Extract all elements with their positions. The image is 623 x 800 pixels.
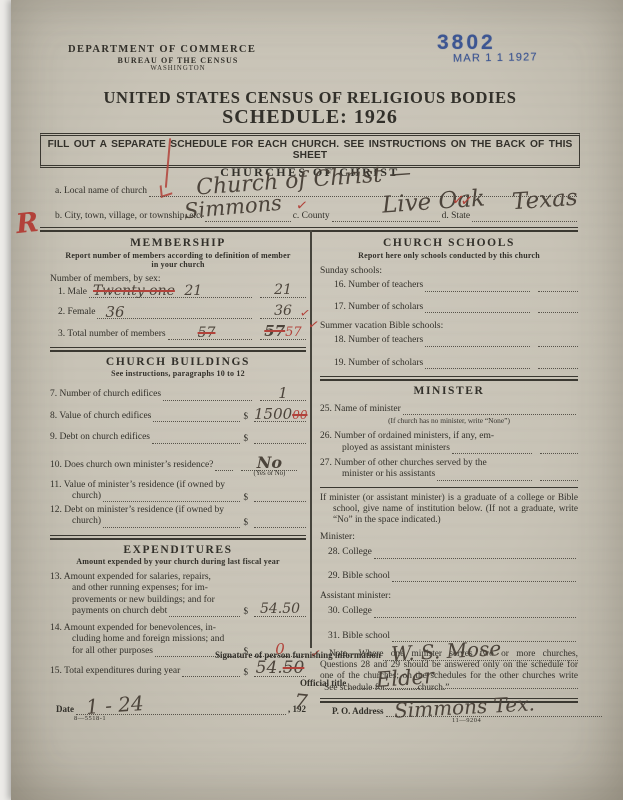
official-title-handwriting: Elder: [375, 664, 435, 693]
q11-dollar: $: [244, 492, 249, 503]
row-q29: 29. Bible school: [320, 571, 578, 582]
row-q17: 17. Number of scholars: [320, 302, 578, 313]
q25-label: 25. Name of minister: [320, 404, 401, 415]
row-q16: 16. Number of teachers: [320, 280, 578, 291]
expenditures-top-rule: [50, 535, 306, 540]
year-handwriting: 7: [293, 689, 309, 714]
form-schedule-title: SCHEDULE: 1926: [40, 106, 580, 129]
row-q27: 27. Number of other churches served by t…: [320, 458, 578, 481]
q10-label: 10. Does church own minister’s residence…: [50, 460, 213, 471]
q9-label: 9. Debt on church edifices: [50, 432, 150, 443]
date-row: Date 1 - 24 , 192: [56, 704, 306, 715]
row-q11: 11. Value of minister’s residence (if ow…: [50, 480, 306, 502]
q14-line1: 14. Amount expended for benevolences, in…: [50, 623, 306, 634]
q18-answer-line: [538, 337, 578, 347]
minister-sub-label: Minister:: [320, 532, 578, 542]
male-answer: 21: [260, 282, 306, 299]
city-label: b. City, town, village, or township, etc…: [55, 211, 203, 222]
q13-answer-line: 54.50: [254, 607, 306, 617]
q13-answer: 54.50: [254, 601, 306, 618]
buildings-subheading: See instructions, paragraphs 10 to 12: [50, 369, 306, 378]
date-line: 1 - 24: [76, 705, 286, 715]
signature-label: Signature of person furnishing informati…: [215, 650, 381, 661]
q7-label: 7. Number of church edifices: [50, 389, 161, 400]
q12-dollar: $: [244, 517, 249, 528]
female-label: 2. Female: [50, 307, 95, 318]
female-written: 36: [105, 303, 124, 321]
column-divider: [310, 230, 312, 648]
q12-line: [103, 518, 239, 528]
q16-line: [425, 282, 530, 292]
q19-label: 19. Number of scholars: [320, 358, 423, 369]
grad-note-rule: [320, 487, 578, 488]
q19-answer-line: [538, 359, 578, 369]
q14-line3: for all other purposes: [72, 646, 153, 657]
minister-top-rule: [320, 376, 578, 381]
q15-line: [182, 667, 239, 677]
row-q13: 13. Amount expended for salaries, repair…: [50, 572, 306, 617]
stamp-date: MAR 1 1 1927: [453, 51, 538, 64]
po-address-label: P. O. Address: [332, 706, 384, 717]
q19-line: [425, 359, 530, 369]
official-title-row: Official title Elder: [300, 678, 580, 689]
q7-answer: 1: [260, 384, 306, 402]
assistant-sub-label: Assistant minister:: [320, 591, 578, 601]
q15-answer-b: 50: [283, 658, 305, 678]
bureau-line: BUREAU OF THE CENSUS: [68, 56, 288, 65]
row-q7: 7. Number of church edifices 1: [50, 389, 306, 400]
date-label: Date: [56, 704, 74, 715]
q13-dollar: $: [244, 606, 249, 617]
q11-line: [103, 492, 239, 502]
q9-line: [152, 434, 240, 444]
row-q28: 28. College: [320, 547, 578, 558]
row-female: 2. Female 36 36: [50, 307, 306, 318]
row-q18: 18. Number of teachers: [320, 335, 578, 346]
row-q15: 15. Total expenditures during year $ 54.…: [50, 666, 306, 677]
washington-line: WASHINGTON: [68, 65, 288, 72]
summer-schools-label: ✓ Summer vacation Bible schools:: [320, 321, 578, 331]
q13-line2: and other running expenses; for im-: [50, 583, 306, 594]
membership-subheading: Report number of members according to de…: [50, 251, 306, 270]
state-handwriting: Texas: [511, 185, 578, 216]
q11-line2: church): [72, 491, 101, 502]
red-check-county: ✓✓: [451, 190, 470, 210]
q25-line: [403, 405, 576, 415]
q13-line1: 13. Amount expended for salaries, repair…: [50, 572, 306, 583]
male-answer-line: 21: [260, 288, 306, 298]
q10-caption: (Yes or No): [235, 470, 303, 478]
female-line: 36: [97, 309, 252, 319]
field-city-county-state: b. City, town, village, or township, etc…: [55, 211, 579, 222]
q7-answer-line: 1: [260, 391, 306, 401]
q11-answer-line: [254, 492, 306, 502]
buildings-top-rule: [50, 347, 306, 352]
margin-red-mark: R: [14, 207, 40, 240]
male-label: 1. Male: [50, 287, 87, 298]
male-written: 21: [184, 283, 202, 299]
form-number-left: 8—5518-1: [74, 715, 106, 722]
q8-dollar: $: [244, 411, 249, 422]
q15-label: 15. Total expenditures during year: [50, 666, 180, 677]
q16-label: 16. Number of teachers: [320, 280, 423, 291]
signature-line: W. S. Mose: [383, 651, 578, 661]
red-check-summer: ✓: [307, 317, 321, 334]
schools-heading: CHURCH SCHOOLS: [320, 237, 578, 249]
section-divider-rule: [40, 227, 578, 232]
q9-answer-line: [254, 434, 306, 444]
official-title-line: Elder: [348, 679, 578, 689]
q9-dollar: $: [244, 433, 249, 444]
minister-heading: MINISTER: [320, 385, 578, 397]
total-line: 57: [168, 330, 252, 340]
q8-answer-line: 150000: [254, 412, 306, 422]
total-answer-line: 5757: [260, 330, 306, 340]
agency-header: DEPARTMENT OF COMMERCE BUREAU OF THE CEN…: [68, 44, 288, 72]
q29-label: 29. Bible school: [320, 571, 390, 582]
q27-line1: 27. Number of other churches served by t…: [320, 458, 578, 469]
sunday-schools-label: Sunday schools:: [320, 266, 578, 276]
grad-note: If minister (or assistant minister) is a…: [320, 493, 578, 526]
q26-line: [452, 444, 532, 454]
q27-line: [437, 471, 532, 481]
row-q25: 25. Name of minister: [320, 404, 578, 415]
q31-label: 31. Bible school: [320, 631, 390, 642]
left-column: MEMBERSHIP Report number of members acco…: [50, 234, 306, 677]
q11-line1: 11. Value of minister’s residence (if ow…: [50, 480, 306, 490]
row-total-members: 3. Total number of members 57 5757: [50, 329, 306, 340]
po-address-row: P. O. Address Simmons Tex.: [332, 706, 604, 717]
form-title: UNITED STATES CENSUS OF RELIGIOUS BODIES: [40, 88, 580, 108]
q30-label: 30. College: [320, 606, 372, 617]
q10-answer-line: No (Yes or No): [241, 461, 297, 471]
po-address-line: Simmons Tex.: [386, 707, 602, 717]
banner-instruction: FILL OUT A SEPARATE SCHEDULE FOR EACH CH…: [40, 133, 580, 168]
signature-row: Signature of person furnishing informati…: [215, 650, 580, 661]
q10-gap-line: [215, 461, 233, 471]
q12-line1: 12. Debt on minister’s residence (if own…: [50, 505, 306, 515]
buildings-heading: CHURCH BUILDINGS: [50, 356, 306, 368]
q8-struck: 00: [292, 408, 307, 422]
q28-line: [374, 549, 576, 559]
q25-caption: (If church has no minister, write “None”…: [320, 416, 578, 425]
row-q8: 8. Value of church edifices $ 150000: [50, 411, 306, 422]
q8-line: [153, 412, 239, 422]
q16-answer-line: [538, 282, 578, 292]
row-male: 1. Male Twenty one 21 21: [50, 287, 306, 298]
scanned-census-form: DEPARTMENT OF COMMERCE BUREAU OF THE CEN…: [0, 0, 623, 800]
q26-answer-line: [540, 444, 578, 454]
q27-line2: minister or his assistants: [342, 469, 435, 480]
q8-answer: 1500: [254, 405, 292, 423]
q8-label: 8. Value of church edifices: [50, 411, 151, 422]
row-q26: 26. Number of ordained ministers, if any…: [320, 431, 578, 454]
q17-line: [425, 303, 530, 313]
q13-line4: payments on church debt: [72, 606, 167, 617]
q15-dollar: $: [244, 667, 249, 678]
q17-label: 17. Number of scholars: [320, 302, 423, 313]
q29-line: [392, 572, 576, 582]
q17-answer-line: [538, 303, 578, 313]
q26-line1: 26. Number of ordained ministers, if any…: [320, 431, 578, 442]
q7-line: [163, 391, 252, 401]
row-q19: 19. Number of scholars: [320, 358, 578, 369]
membership-heading: MEMBERSHIP: [50, 237, 306, 249]
q27-answer-line: [540, 471, 578, 481]
q18-label: 18. Number of teachers: [320, 335, 423, 346]
form-number-right: 11—9204: [452, 717, 481, 724]
q12-answer-line: [254, 518, 306, 528]
q15-answer-a: 54.: [256, 658, 283, 678]
row-q30: 30. College: [320, 606, 578, 617]
q28-label: 28. College: [320, 547, 372, 558]
q12-line2: church): [72, 516, 101, 527]
red-check-city: ✓: [295, 197, 309, 214]
total-written-struck: 57: [198, 325, 216, 342]
local-name-label: a. Local name of church: [55, 186, 147, 197]
q18-line: [425, 337, 530, 347]
official-title-label: Official title: [300, 678, 346, 689]
schools-subheading: Report here only schools conducted by th…: [320, 251, 578, 260]
expenditures-subheading: Amount expended by your church during la…: [50, 557, 306, 566]
total-label: 3. Total number of members: [50, 329, 166, 340]
row-q9: 9. Debt on church edifices $: [50, 432, 306, 443]
total-answer-struck: 57: [264, 322, 285, 340]
right-column: CHURCH SCHOOLS Report here only schools …: [320, 234, 578, 703]
male-written-struck: Twenty one: [93, 283, 175, 299]
total-correction: 57: [285, 325, 302, 340]
q26-line2: ployed as assistant ministers: [342, 443, 450, 454]
form-page: DEPARTMENT OF COMMERCE BUREAU OF THE CEN…: [0, 0, 623, 800]
expenditures-heading: EXPENDITURES: [50, 544, 306, 556]
male-line: Twenty one 21: [89, 288, 252, 298]
q30-line: [374, 608, 576, 618]
q13-line: [169, 607, 239, 617]
department-line: DEPARTMENT OF COMMERCE: [68, 44, 288, 55]
row-q10: 10. Does church own minister’s residence…: [50, 460, 306, 471]
row-q12: 12. Debt on minister’s residence (if own…: [50, 505, 306, 527]
q15-answer-line: 54.50: [254, 667, 306, 677]
